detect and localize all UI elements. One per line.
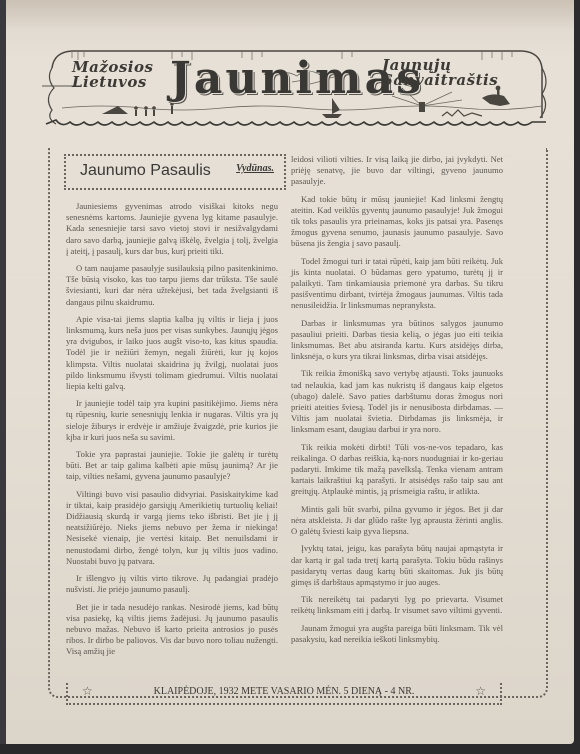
paragraph: O tam naujame pasaulyje susilauksią piln… <box>66 263 278 308</box>
article-column-left: Jauniesiems gyvenimas atrodo visiškai ki… <box>66 201 278 664</box>
newspaper-page: Mažosios Lietuvos Jaunimas Jaunųjų Sanva… <box>6 0 574 744</box>
paragraph: Tik reikia žmonišką savo vertybę atjaust… <box>291 368 503 435</box>
article-author: Vydūnas. <box>236 163 274 174</box>
issue-footer: ☆ KLAIPĖDOJE, 1932 METE VASARIO MĖN. 5 D… <box>66 683 502 705</box>
paragraph: Darbas ir linksmumas yra būtinos salygos… <box>291 318 503 363</box>
paragraph: Ir išlengvo jų viltis virto tikrove. Jų … <box>66 573 278 595</box>
paragraph: Tik reikia mokėti dirbti! Tūli vos-ne-vo… <box>291 442 503 498</box>
paragraph: Todel žmogui turi ir tatai rūpėti, kaip … <box>291 256 503 312</box>
paragraph: Apie visa-tai jiems slaptia kalba jų vil… <box>66 314 278 392</box>
masthead-subtitle-left: Mažosios Lietuvos <box>72 60 153 90</box>
paragraph: leidosi vilioti vilties. Ir visą laiką j… <box>291 154 503 188</box>
masthead: Mažosios Lietuvos Jaunimas Jaunųjų Sanva… <box>42 48 550 134</box>
paragraph: Jaunam žmogui yra augšta pareiga būti li… <box>291 623 503 645</box>
paragraph: Tik nereikėtų tai padaryti lyg po prieva… <box>291 594 503 616</box>
masthead-subtitle-right: Jaunųjų Sanvaitraštis <box>382 58 498 88</box>
page-edge-bottom <box>0 744 580 754</box>
star-icon: ☆ <box>475 685 486 697</box>
paragraph: Jauniesiems gyvenimas atrodo visiškai ki… <box>66 201 278 257</box>
paragraph: Tokie yra paprastai jauniejie. Tokie jie… <box>66 449 278 483</box>
paragraph: Bet jie ir tada nesudėjo rankas. Nesirod… <box>66 602 278 658</box>
article-title-box: Jaunumo Pasaulis Vydūnas. <box>64 154 286 190</box>
issue-date-line: KLAIPĖDOJE, 1932 METE VASARIO MĖN. 5 DIE… <box>68 686 500 697</box>
paragraph: Įvyktų tatai, jeigu, kas parašyta būtų n… <box>291 543 503 588</box>
paragraph: Ir jauniejie todėl taip yra kupini pasit… <box>66 398 278 443</box>
masthead-right-line-2: Sanvaitraštis <box>382 73 498 88</box>
masthead-left-line-2: Lietuvos <box>72 75 153 90</box>
article-column-right: leidosi vilioti vilties. Ir visą laiką j… <box>291 154 503 651</box>
paragraph: Kad tokie būtų ir mūsų jauniejie! Kad li… <box>291 194 503 250</box>
paragraph: Viltingi buvo visi pasaulio didvyriai. P… <box>66 489 278 567</box>
paragraph: Mintis gali būt svarbi, pilna gyvumo ir … <box>291 504 503 538</box>
article-title: Jaunumo Pasaulis <box>80 162 211 180</box>
